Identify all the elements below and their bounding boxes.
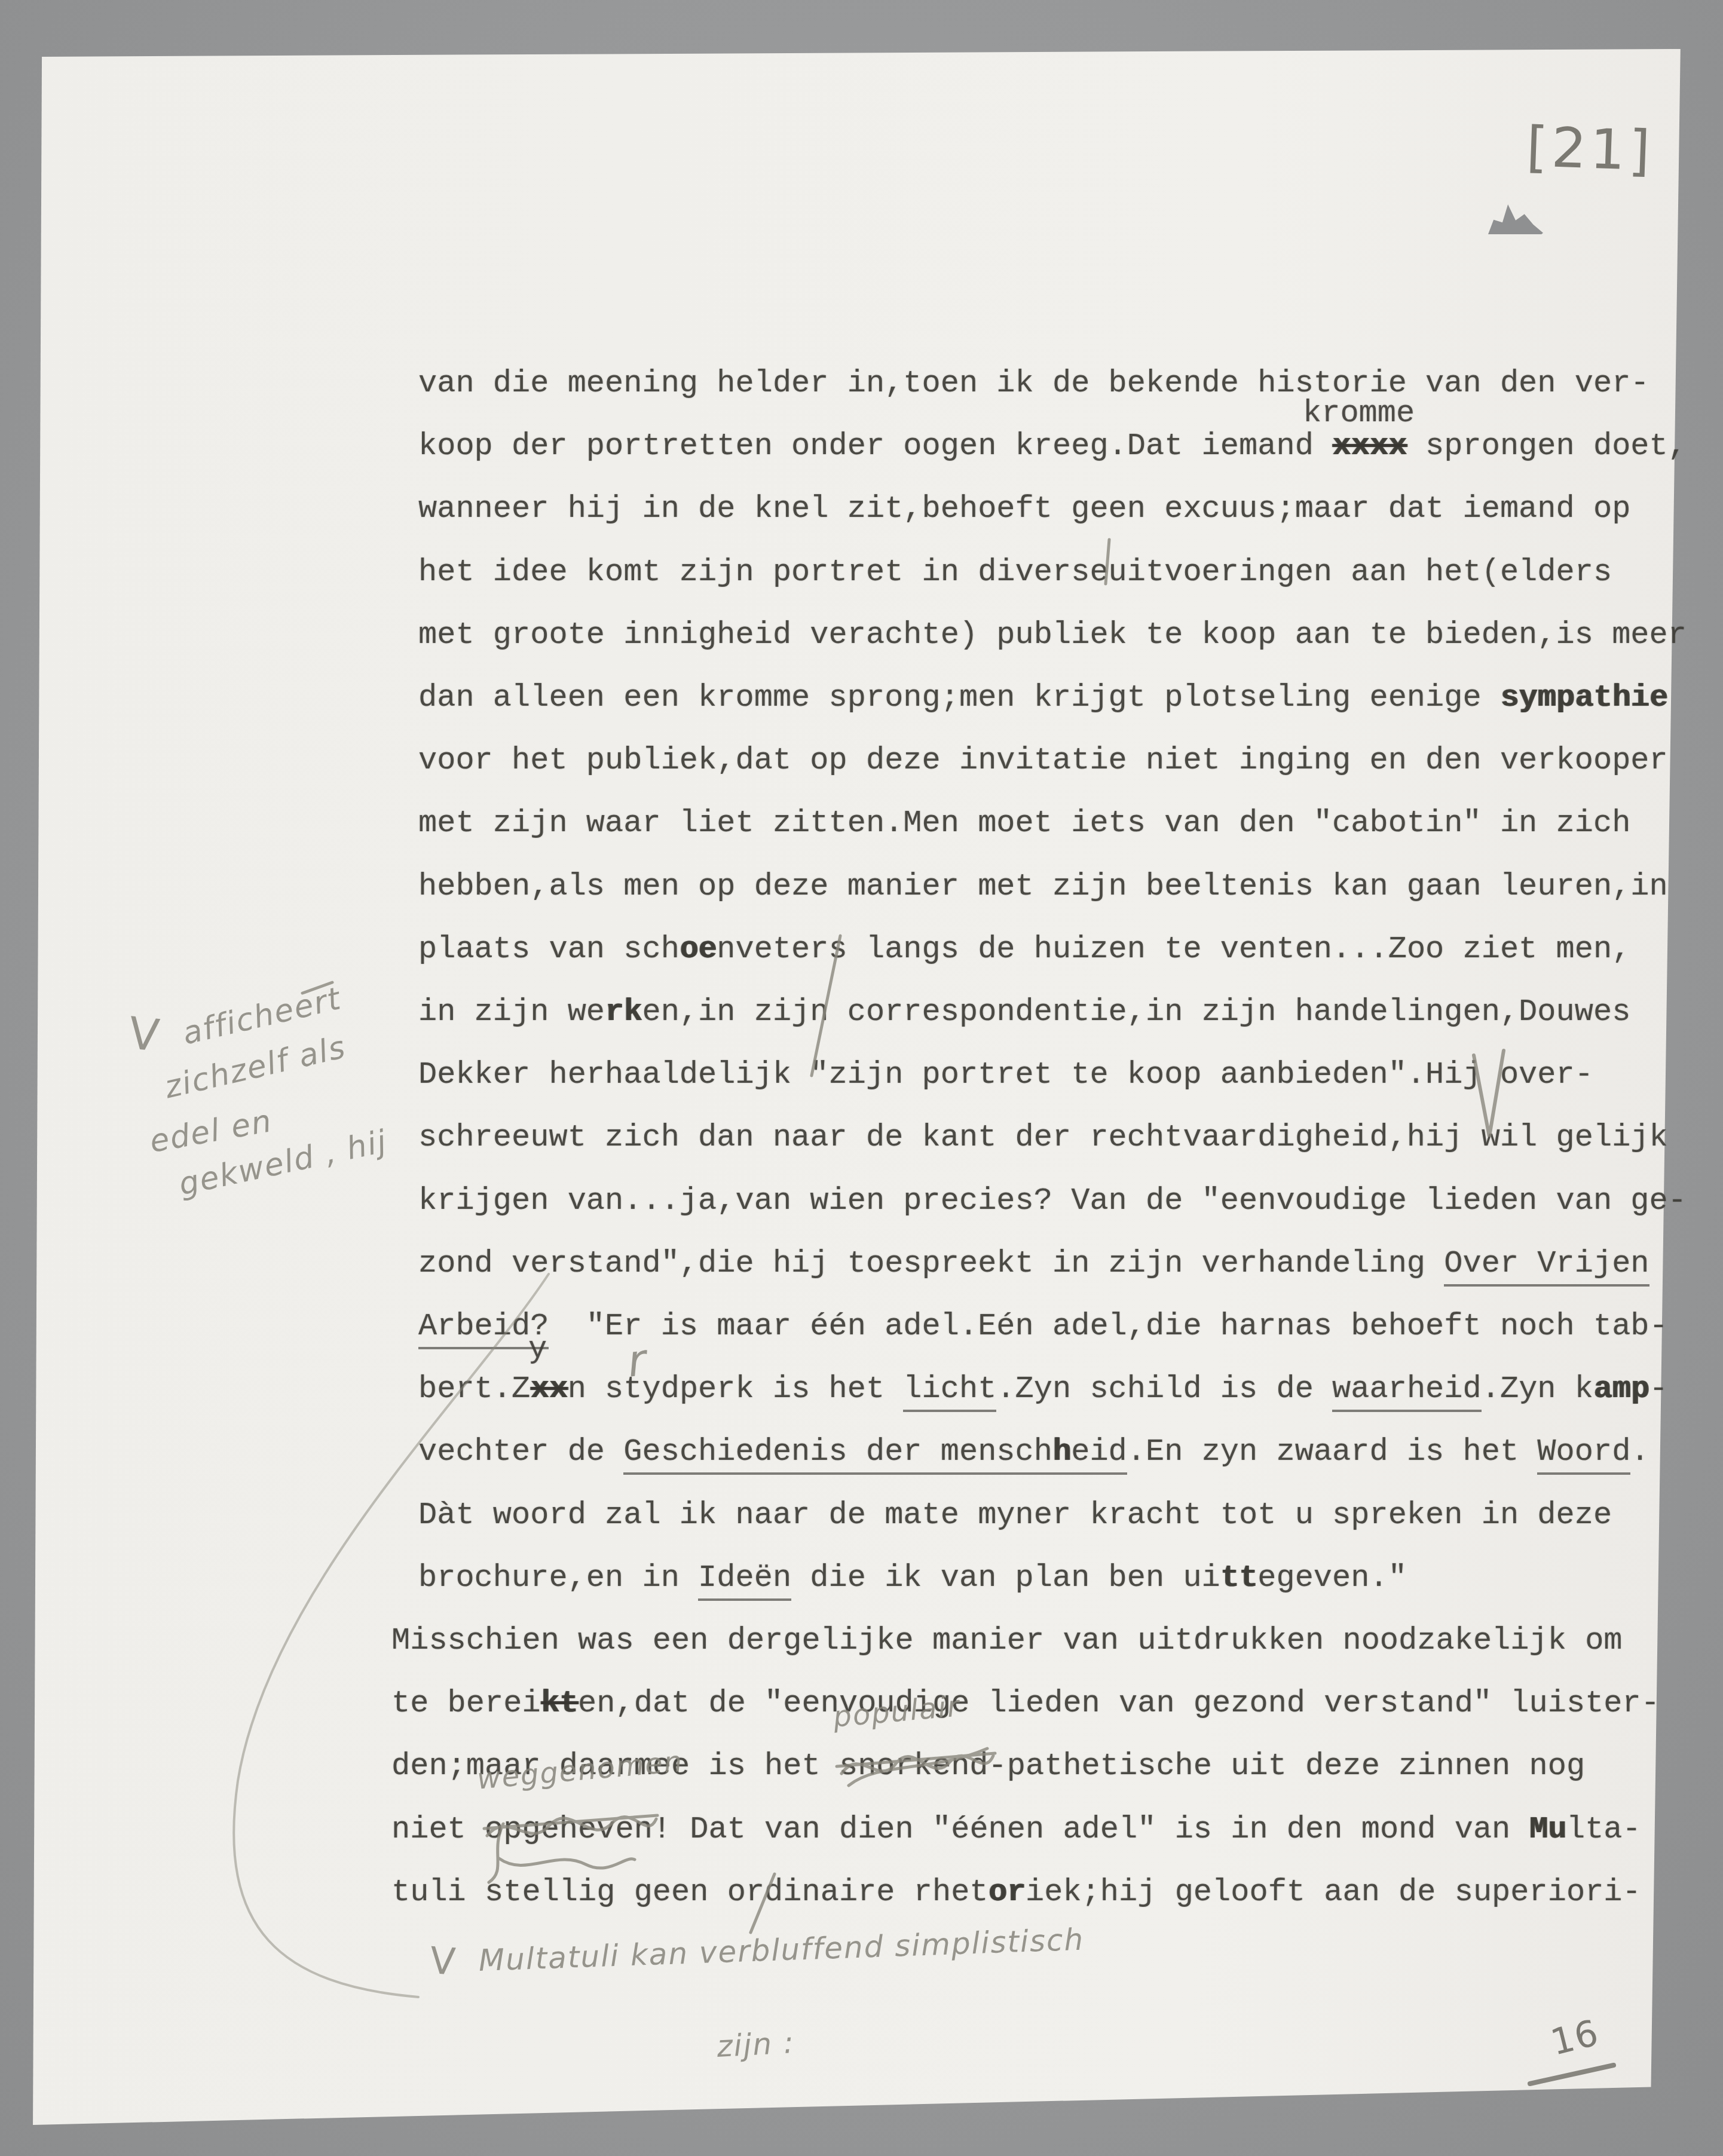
typed-line: schreeuwt zich dan naar de kant der rech… [418,1120,1668,1156]
typed-line: in zijn werken,in zijn correspondentie,i… [418,994,1630,1030]
typed-segment: en,dat de "eenvoudige lieden van gezond … [578,1686,1660,1721]
typed-line: vechter de Geschiedenis der menschheid.E… [418,1434,1649,1470]
typed-segment: Ideën [698,1560,791,1601]
margin-caret-mark: V [126,1007,163,1062]
typed-line: krijgen van...ja,van wien precies? Van d… [418,1183,1687,1219]
typed-segment: hebben,als men op deze manier met zijn b… [418,869,1668,904]
typed-segment: snorkend [839,1748,988,1784]
typed-line: Dekker herhaaldelijk "zijn portret te ko… [418,1057,1593,1093]
typed-segment: koop der portretten onder oogen kreeg.Da… [418,428,1332,464]
typed-insert-kromme: kromme [1303,396,1415,431]
typed-segment: met zijn waar liet zitten.Men moet iets … [418,806,1630,841]
typed-segment: van die meening helder in,toen ik de bek… [418,366,1649,401]
typed-segment: krijgen van...ja,van wien precies? Van d… [418,1183,1687,1218]
typed-segment: Woord [1537,1434,1630,1475]
typed-segment: ydperk is het [642,1371,903,1407]
typed-segment: het idee komt zijn portret in diverseuit… [418,555,1612,590]
typed-segment: schreeuwt zich dan naar de kant der rech… [418,1120,1668,1155]
typed-segment: opgeheven [485,1812,653,1847]
typed-segment: xx [530,1371,567,1407]
typed-line: met groote innigheid verachte) publiek t… [418,617,1687,653]
typed-segment: die ik van plan ben ui [791,1560,1220,1595]
typed-insert-y: y [528,1331,547,1367]
typed-segment: xxxx [1332,428,1407,464]
typed-segment: rk [605,994,642,1030]
typed-segment: Over Vrijen [1444,1246,1649,1287]
typed-segment: . [1630,1434,1649,1469]
typed-line: het idee komt zijn portret in diverseuit… [418,555,1612,590]
typed-segment: voor het publiek,dat op deze invitatie n… [418,743,1668,778]
typed-line: voor het publiek,dat op deze invitatie n… [418,743,1668,779]
typed-segment: Geschiedenis der mensch [623,1434,1052,1475]
typed-segment: .En zyn zwaard is het [1127,1434,1538,1469]
typed-segment: en,in zijn correspondentie,in zijn hande… [642,994,1630,1030]
typed-segment: sympathie [1500,680,1668,715]
bottom-caret-mark: V [429,1938,458,1984]
typed-line: te bereikten,dat de "eenvoudige lieden v… [391,1686,1660,1722]
typed-segment: ! Dat van dien "éénen adel" is in den mo… [653,1812,1529,1847]
typed-line: zond verstand",die hij toespreekt in zij… [418,1246,1649,1282]
typed-segment: Dàt woord zal ik naar de mate myner krac… [418,1497,1612,1533]
typed-line: van die meening helder in,toen ik de bek… [418,366,1649,402]
typed-segment: h [1052,1434,1071,1475]
typed-segment: bert.Z [418,1371,530,1407]
typed-segment: dan alleen een kromme sprong;men krijgt … [418,680,1500,715]
typed-line: koop der portretten onder oogen kreeg.Da… [418,428,1687,464]
typed-segment: plaats van sch [418,932,680,967]
typed-segment: brochure,en in [418,1560,698,1595]
typed-line: hebben,als men op deze manier met zijn b… [418,869,1668,905]
typed-line: brochure,en in Ideën die ik van plan ben… [418,1560,1407,1596]
typed-segment: Mu [1529,1812,1566,1847]
typed-segment: tt [1220,1560,1257,1595]
typed-line: tuli stellig geen ordinaire rhetoriek;hi… [391,1875,1641,1910]
typed-segment: egeven." [1257,1560,1407,1595]
typed-line: niet opgeheven! Dat van dien "éénen adel… [391,1812,1641,1848]
typed-segment: eid [1071,1434,1127,1475]
typed-line: Misschien was een dergelijke manier van … [391,1623,1623,1659]
typed-segment: vechter de [418,1434,623,1469]
typed-segment: lta- [1566,1812,1641,1847]
typed-line: wanneer hij in de knel zit,behoeft geen … [418,491,1630,527]
typed-segment: or [988,1875,1026,1910]
typed-segment: -pathetische uit deze zinnen nog [988,1748,1586,1784]
typed-line: bert.Zxxn stydperk is het licht.Zyn schi… [418,1371,1668,1407]
bottom-note-line: zijn : [716,2025,795,2064]
typed-segment: nveters langs de huizen te venten...Zoo … [717,932,1630,967]
typed-line: met zijn waar liet zitten.Men moet iets … [418,806,1630,841]
typed-segment: .Zyn schild is de [996,1371,1332,1407]
typed-segment: "Er is maar één adel.Eén adel,die harnas… [549,1309,1667,1344]
typed-segment: - [1649,1371,1668,1407]
typed-line: plaats van schoenveters langs de huizen … [418,932,1630,967]
page-number: [21] [1525,115,1654,183]
typed-segment: oe [680,932,717,967]
typed-segment: wanneer hij in de knel zit,behoeft geen … [418,491,1630,526]
typed-segment: Misschien was een dergelijke manier van … [391,1623,1623,1658]
typed-segment: kt [541,1686,578,1721]
typed-segment: in zijn we [418,994,605,1030]
typed-segment: tuli stellig geen ordinaire rhet [391,1875,988,1910]
typed-line: dan alleen een kromme sprong;men krijgt … [418,680,1668,716]
scanned-typescript-page: { "page": { "page_number": "[21]", "corn… [0,0,1723,2156]
typed-segment: met groote innigheid verachte) publiek t… [418,617,1687,653]
typed-segment: licht [903,1371,996,1412]
typed-line: Arbeid? "Er is maar één adel.Eén adel,di… [418,1309,1668,1345]
typed-segment: niet [391,1812,485,1847]
typed-segment: .Zyn k [1482,1371,1593,1407]
typed-line: Dàt woord zal ik naar de mate myner krac… [418,1497,1612,1533]
typed-segment: zond verstand",die hij toespreekt in zij… [418,1246,1444,1281]
typed-segment: waarheid [1332,1371,1482,1412]
typed-segment: sprongen doet, [1407,428,1687,464]
typed-segment: iek;hij gelooft aan de superiori- [1026,1875,1641,1910]
typed-segment: amp [1593,1371,1649,1407]
typed-segment: te berei [391,1686,541,1721]
typed-segment: Dekker herhaaldelijk "zijn portret te ko… [418,1057,1593,1092]
